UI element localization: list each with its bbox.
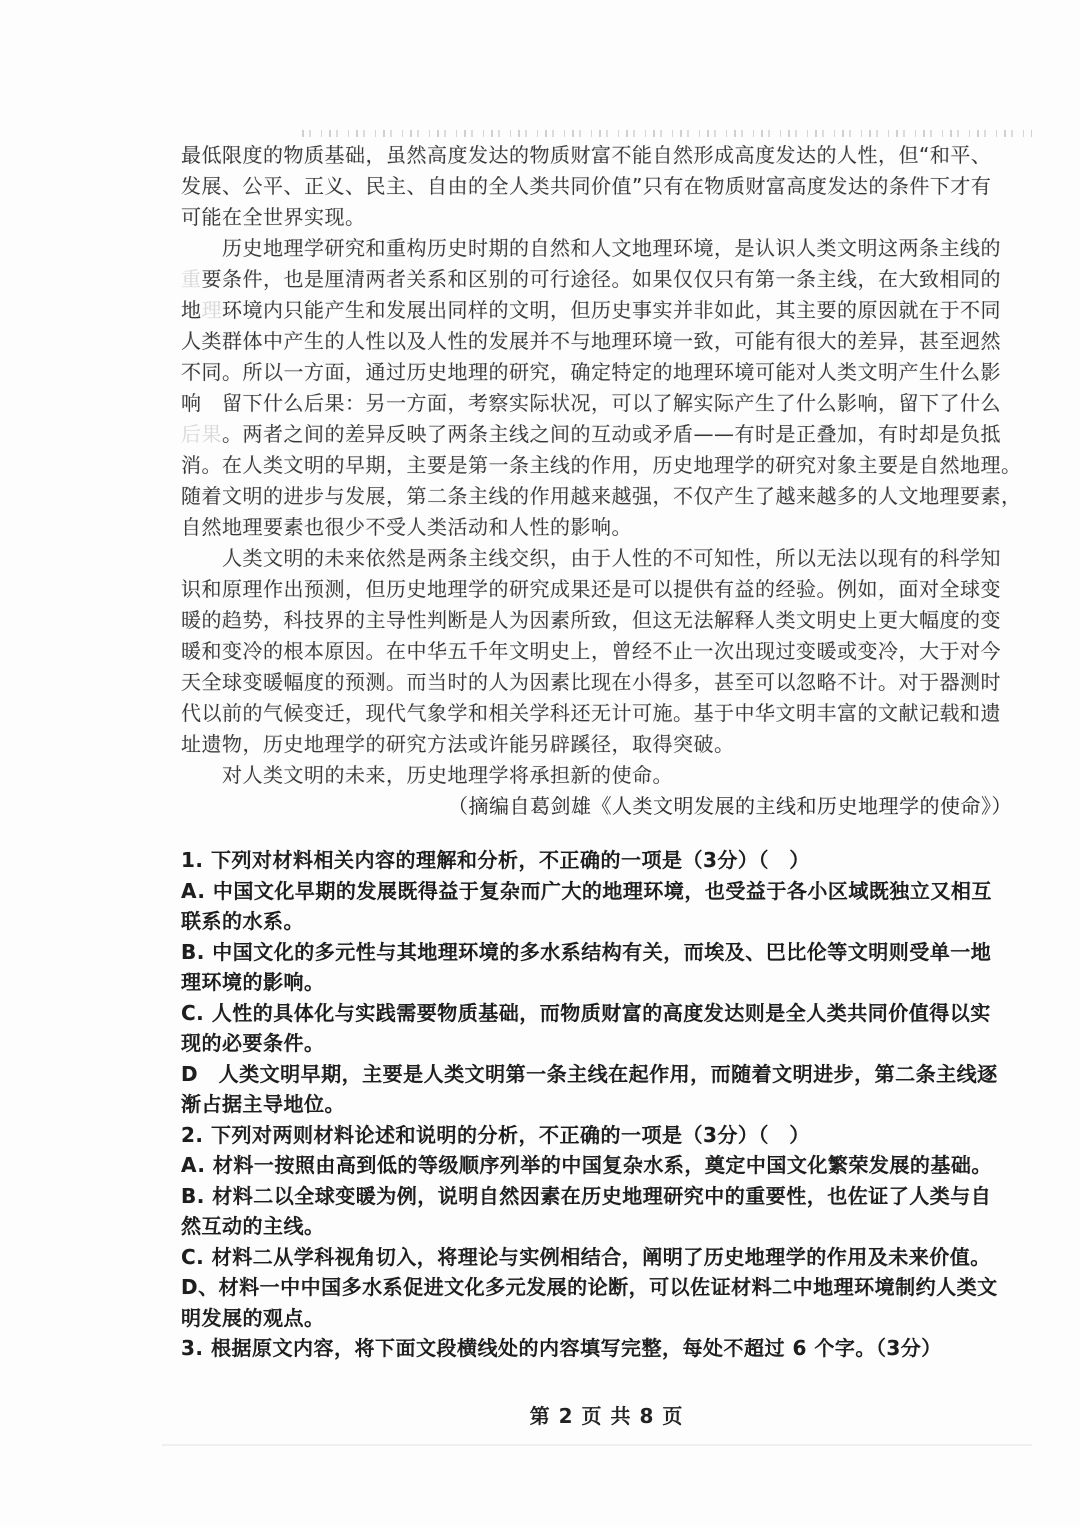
faded-character: 重: [181, 267, 202, 291]
passage-line: 可能在全世界实现。: [181, 202, 1032, 233]
scan-artifact-bottom-edge: [162, 1444, 1032, 1446]
question-2-option-b: B. 材料二以全球变暖为例，说明自然因素在历史地理研究中的重要性，也佐证了人类与…: [181, 1181, 1032, 1212]
passage-line-text: 。两者之间的差异反映了两条主线之间的互动或矛盾——有时是正叠加，有时却是负抵: [222, 422, 1001, 446]
source-attribution: （摘编自葛剑雄《人类文明发展的主线和历史地理学的使命》）: [181, 791, 1032, 822]
passage-line: 暖和变冷的根本原因。在中华五千年文明史上，曾经不止一次出现过变暖或变冷，大于对今: [181, 636, 1032, 667]
passage-line: 重要条件，也是厘清两者关系和区别的可行途径。如果仅仅只有第一条主线，在大致相同的: [181, 264, 1032, 295]
faded-character: 理: [202, 298, 223, 322]
page-footer: 第 2 页 共 8 页: [181, 1400, 1032, 1429]
passage-line: 消。在人类文明的早期，主要是第一条主线的作用，历史地理学的研究对象主要是自然地理…: [181, 450, 1032, 481]
question-3-stem: 3. 根据原文内容，将下面文段横线处的内容填写完整，每处不超过 6 个字。（3分…: [181, 1333, 1032, 1364]
text-block: 最低限度的物质基础，虽然高度发达的物质财富不能自然形成高度发达的人性，但“和平、…: [181, 140, 1032, 1364]
question-1-option-b-cont: 理环境的影响。: [181, 967, 1032, 998]
passage-line: 最低限度的物质基础，虽然高度发达的物质财富不能自然形成高度发达的人性，但“和平、: [181, 140, 1032, 171]
passage-line: 人类文明的未来依然是两条主线交织，由于人性的不可知性，所以无法以现有的科学知: [181, 543, 1032, 574]
question-1-option-c-cont: 现的必要条件。: [181, 1028, 1032, 1059]
passage-line: 响 留下什么后果：另一方面，考察实际状况，可以了解实际产生了什么影响，留下了什么: [181, 388, 1032, 419]
passage-line: 识和原理作出预测，但历史地理学的研究成果还是可以提供有益的经验。例如，面对全球变: [181, 574, 1032, 605]
question-2-option-b-cont: 然互动的主线。: [181, 1211, 1032, 1242]
question-2-option-d-cont: 明发展的观点。: [181, 1303, 1032, 1334]
passage-line: 暖的趋势，科技界的主导性判断是人为因素所致，但这无法解释人类文明史上更大幅度的变: [181, 605, 1032, 636]
passage-line-text: 要条件，也是厘清两者关系和区别的可行途径。如果仅仅只有第一条主线，在大致相同的: [202, 267, 1002, 291]
passage-line: 后果。两者之间的差异反映了两条主线之间的互动或矛盾——有时是正叠加，有时却是负抵: [181, 419, 1032, 450]
scan-artifact-cutoff-line: [302, 130, 1032, 137]
question-1-option-a-cont: 联系的水系。: [181, 906, 1032, 937]
faded-character: 后果: [181, 422, 222, 446]
passage-line: 发展、公平、正义、民主、自由的全人类共同价值”只有在物质财富高度发达的条件下才有: [181, 171, 1032, 202]
passage-line: 地理环境内只能产生和发展出同样的文明，但历史事实并非如此，其主要的原因就在于不同: [181, 295, 1032, 326]
question-1-option-d-cont: 渐占据主导地位。: [181, 1089, 1032, 1120]
question-2-stem: 2. 下列对两则材料论述和说明的分析，不正确的一项是（3分）（ ）: [181, 1120, 1032, 1151]
passage-line-text: 地: [181, 298, 202, 322]
passage-line-text: 环境内只能产生和发展出同样的文明，但历史事实并非如此，其主要的原因就在于不同: [222, 298, 1001, 322]
passage-line: 不同。所以一方面，通过历史地理的研究，确定特定的地理环境可能对人类文明产生什么影: [181, 357, 1032, 388]
question-2-option-a: A. 材料一按照由高到低的等级顺序列举的中国复杂水系，奠定中国文化繁荣发展的基础…: [181, 1150, 1032, 1181]
question-1-option-b: B. 中国文化的多元性与其地理环境的多水系结构有关，而埃及、巴比伦等文明则受单一…: [181, 937, 1032, 968]
question-2-option-c: C. 材料二从学科视角切入，将理论与实例相结合，阐明了历史地理学的作用及未来价值…: [181, 1242, 1032, 1273]
passage-line: 历史地理学研究和重构历史时期的自然和人文地理环境，是认识人类文明这两条主线的: [181, 233, 1032, 264]
scanned-exam-page: 最低限度的物质基础，虽然高度发达的物质财富不能自然形成高度发达的人性，但“和平、…: [0, 0, 1080, 1527]
passage-line: 代以前的气候变迁，现代气象学和相关学科还无计可施。基于中华文明丰富的文献记载和遗: [181, 698, 1032, 729]
question-2-option-d: D、材料一中中国多水系促进文化多元发展的论断，可以佐证材料二中地理环境制约人类文: [181, 1272, 1032, 1303]
passage-line: 天全球变暖幅度的预测。而当时的人为因素比现在小得多，甚至可以忽略不计。对于器测时: [181, 667, 1032, 698]
passage-line: 对人类文明的未来，历史地理学将承担新的使命。: [181, 760, 1032, 791]
question-1-option-d: D 人类文明早期，主要是人类文明第一条主线在起作用，而随着文明进步，第二条主线逐: [181, 1059, 1032, 1090]
spacer: [181, 822, 1032, 845]
question-1-stem: 1. 下列对材料相关内容的理解和分析，不正确的一项是（3分）（ ）: [181, 845, 1032, 876]
question-1-option-c: C. 人性的具体化与实践需要物质基础，而物质财富的高度发达则是全人类共同价值得以…: [181, 998, 1032, 1029]
passage-line: 址遗物，历史地理学的研究方法或许能另辟蹊径，取得突破。: [181, 729, 1032, 760]
passage-line: 自然地理要素也很少不受人类活动和人性的影响。: [181, 512, 1032, 543]
passage-line: 人类群体中产生的人性以及人性的发展并不与地理环境一致，可能有很大的差异，甚至迥然: [181, 326, 1032, 357]
question-1-option-a: A. 中国文化早期的发展既得益于复杂而广大的地理环境，也受益于各小区域既独立又相…: [181, 876, 1032, 907]
passage-line: 随着文明的进步与发展，第二条主线的作用越来越强，不仅产生了越来越多的人文地理要素…: [181, 481, 1032, 512]
